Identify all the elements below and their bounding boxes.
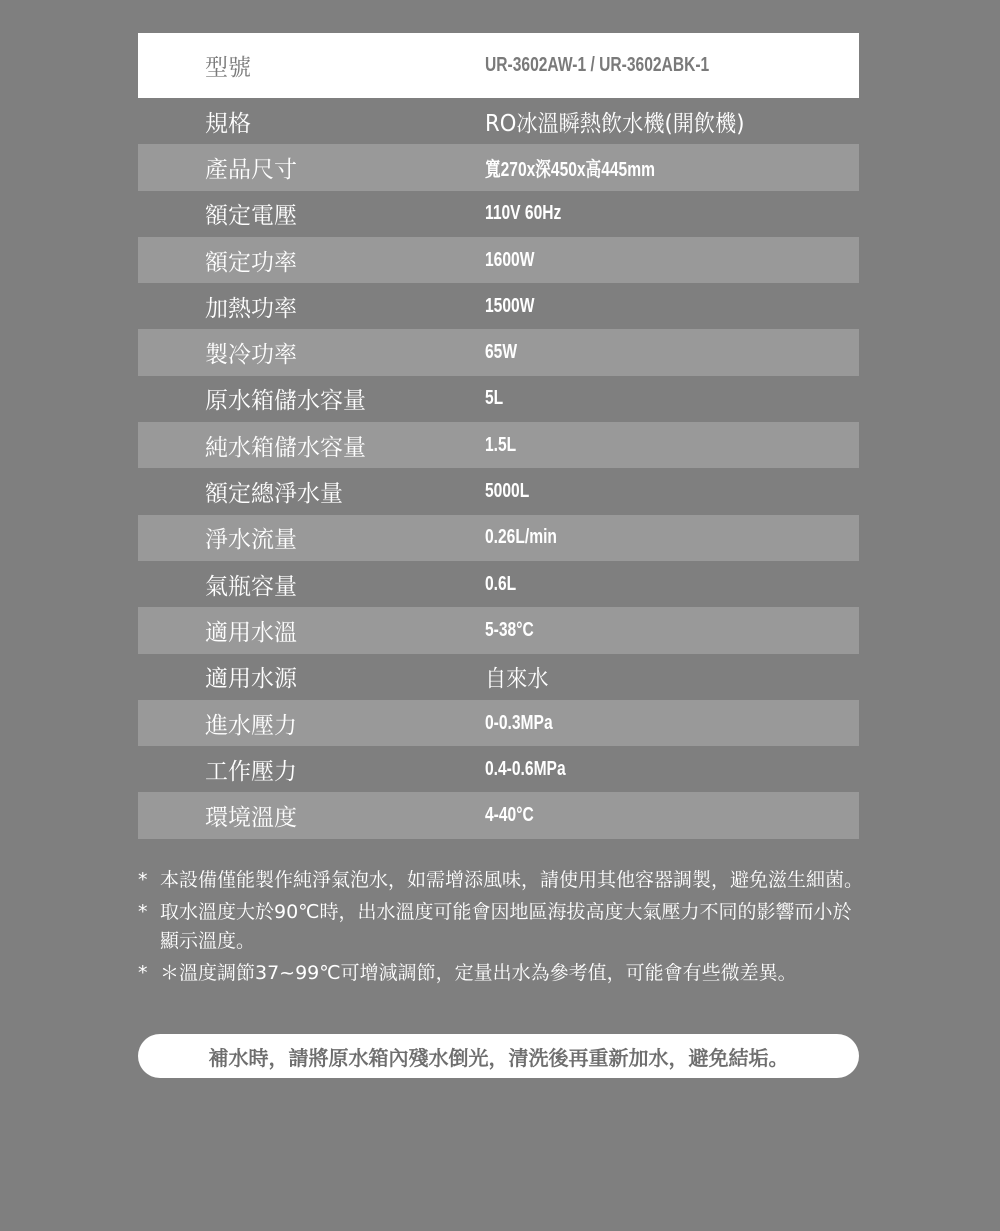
spec-row: 進水壓力 0-0.3MPa (138, 700, 859, 746)
spec-value: 0.6L (485, 573, 777, 596)
spec-label: 規格 (138, 105, 485, 138)
spec-row: 加熱功率 1500W (138, 283, 859, 329)
spec-row-model: 型號 UR-3602AW-1 / UR-3602ABK-1 (138, 33, 859, 98)
spec-label: 原水箱儲水容量 (138, 382, 485, 415)
refill-reminder: 補水時，請將原水箱內殘水倒光，清洗後再重新加水，避免結垢。 (138, 1034, 859, 1078)
note-text: 取水溫度大於90℃時，出水溫度可能會因地區海拔高度大氣壓力不同的影響而小於顯示溫… (160, 898, 863, 956)
spec-row: 適用水源 自來水 (138, 654, 859, 700)
spec-row: 原水箱儲水容量 5L (138, 376, 859, 422)
spec-row: 工作壓力 0.4-0.6MPa (138, 746, 859, 792)
spec-label: 加熱功率 (138, 290, 485, 323)
spec-row: 氣瓶容量 0.6L (138, 561, 859, 607)
spec-table: 型號 UR-3602AW-1 / UR-3602ABK-1 規格 RO冰溫瞬熱飲… (138, 33, 859, 839)
spec-row: 純水箱儲水容量 1.5L (138, 422, 859, 468)
spec-label: 純水箱儲水容量 (138, 429, 485, 462)
spec-value: 1600W (485, 249, 777, 272)
note-text: ＊溫度調節37~99℃可增減調節，定量出水為參考值，可能會有些微差異。 (160, 959, 863, 988)
spec-label: 環境溫度 (138, 799, 485, 832)
spec-label: 適用水溫 (138, 614, 485, 647)
spec-row: 額定總淨水量 5000L (138, 468, 859, 514)
spec-value: 1.5L (485, 434, 777, 457)
spec-row: 製冷功率 65W (138, 329, 859, 375)
spec-value: 4-40°C (485, 804, 777, 827)
note-item: * 取水溫度大於90℃時，出水溫度可能會因地區海拔高度大氣壓力不同的影響而小於顯… (138, 898, 863, 956)
spec-label: 淨水流量 (138, 521, 485, 554)
spec-label: 額定功率 (138, 244, 485, 277)
spec-value: 5L (485, 387, 777, 410)
spec-label: 產品尺寸 (138, 151, 485, 184)
spec-label: 額定總淨水量 (138, 475, 485, 508)
note-text: 本設備僅能製作純淨氣泡水，如需增添風味，請使用其他容器調製，避免滋生細菌。 (160, 866, 863, 895)
asterisk-icon: * (138, 898, 160, 956)
spec-label: 進水壓力 (138, 707, 485, 740)
note-item: * 本設備僅能製作純淨氣泡水，如需增添風味，請使用其他容器調製，避免滋生細菌。 (138, 866, 863, 895)
spec-row: 環境溫度 4-40°C (138, 792, 859, 838)
spec-value: 5000L (485, 480, 777, 503)
spec-value: 0.4-0.6MPa (485, 758, 777, 781)
spec-row: 額定電壓 110V 60Hz (138, 191, 859, 237)
spec-label: 型號 (138, 49, 485, 82)
spec-value: 1500W (485, 295, 777, 318)
spec-label: 製冷功率 (138, 336, 485, 369)
spec-value: 110V 60Hz (485, 202, 777, 225)
asterisk-icon: * (138, 959, 160, 988)
spec-value: 自來水 (485, 660, 829, 693)
spec-label: 適用水源 (138, 660, 485, 693)
spec-value: 5-38°C (485, 619, 777, 642)
spec-row: 產品尺寸 寬270x深450x高445mm (138, 144, 859, 190)
spec-value: RO冰溫瞬熱飲水機(開飲機) (485, 105, 829, 138)
spec-value: 65W (485, 341, 777, 364)
notes-list: * 本設備僅能製作純淨氣泡水，如需增添風味，請使用其他容器調製，避免滋生細菌。 … (138, 866, 863, 991)
spec-label: 額定電壓 (138, 197, 485, 230)
spec-value: 0.26L/min (485, 526, 777, 549)
note-item: * ＊溫度調節37~99℃可增減調節，定量出水為參考值，可能會有些微差異。 (138, 959, 863, 988)
spec-value: 0-0.3MPa (485, 712, 777, 735)
asterisk-icon: * (138, 866, 160, 895)
spec-label: 工作壓力 (138, 753, 485, 786)
spec-value: UR-3602AW-1 / UR-3602ABK-1 (485, 54, 777, 77)
spec-row: 額定功率 1600W (138, 237, 859, 283)
spec-value: 寬270x深450x高445mm (485, 153, 777, 182)
spec-row: 淨水流量 0.26L/min (138, 515, 859, 561)
spec-row: 規格 RO冰溫瞬熱飲水機(開飲機) (138, 98, 859, 144)
spec-row: 適用水溫 5-38°C (138, 607, 859, 653)
spec-label: 氣瓶容量 (138, 568, 485, 601)
